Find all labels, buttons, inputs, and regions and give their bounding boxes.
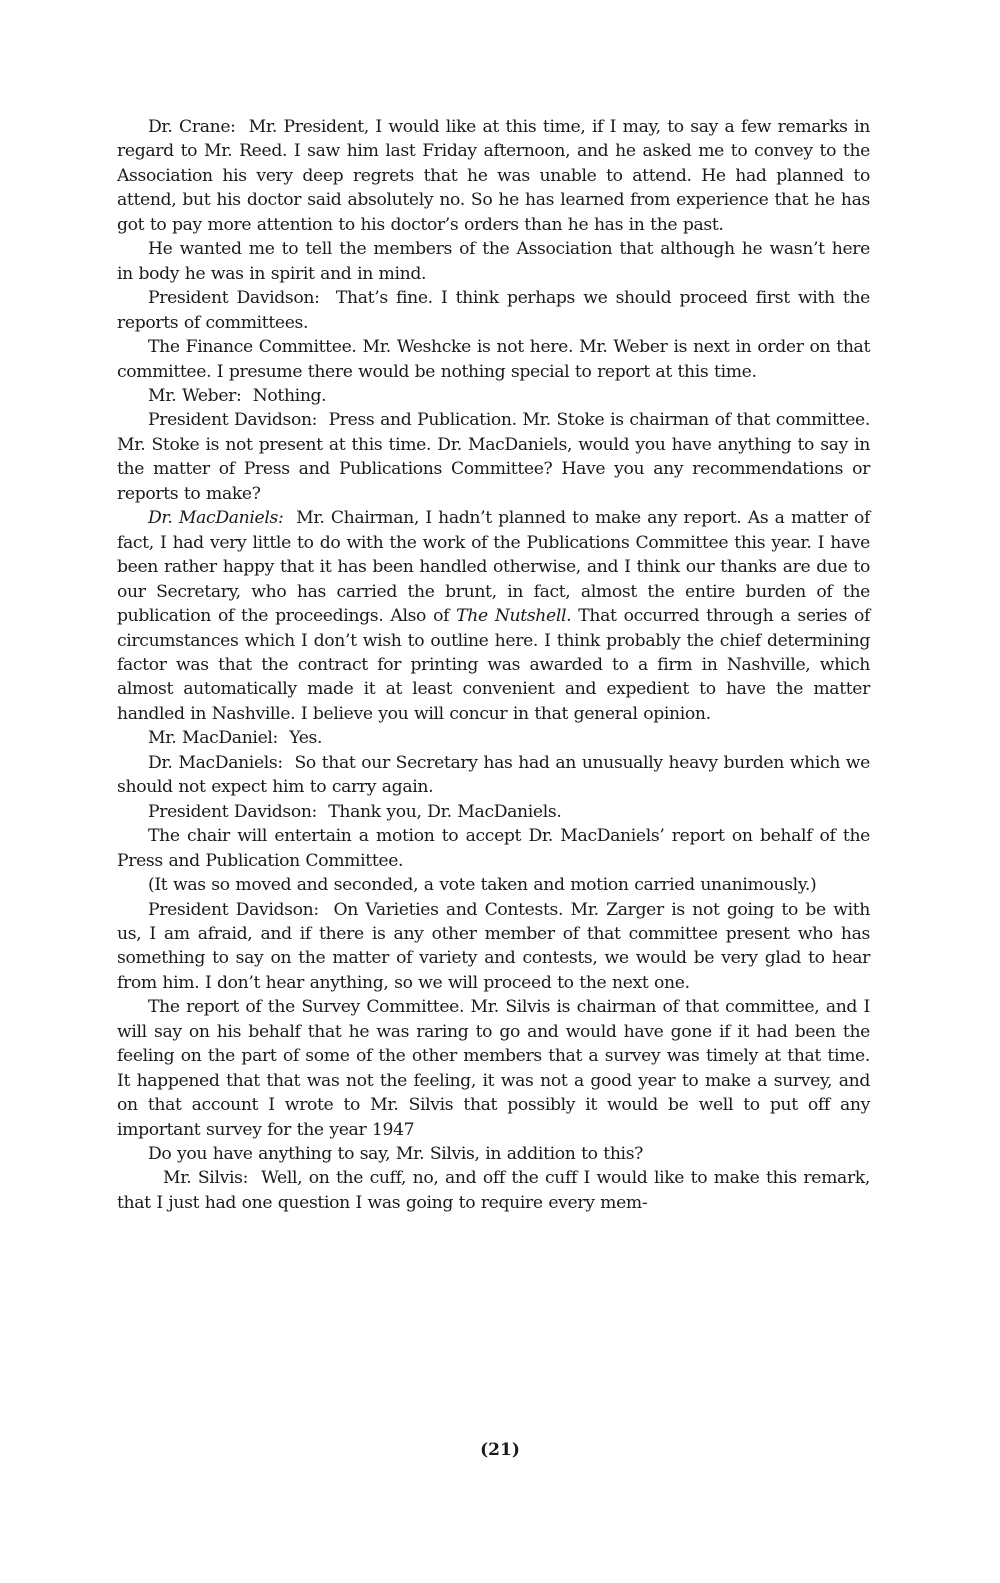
speaker-label: President Davidson:: [148, 288, 320, 308]
speaker-label: President Davidson:: [148, 900, 319, 920]
paragraph-weber-response: Mr. Weber: Nothing.: [117, 384, 870, 408]
paragraph-survey-committee: The report of the Survey Committee. Mr. …: [117, 995, 870, 1142]
paragraph-crane-remarks: Dr. Crane: Mr. President, I would like a…: [117, 115, 870, 237]
speaker-label: Mr. MacDaniel:: [148, 728, 278, 748]
speaker-label: President Davidson:: [148, 410, 317, 430]
speaker-label: Mr. Silvis:: [163, 1168, 248, 1188]
paragraph-motion-carried: (It was so moved and seconded, a vote ta…: [117, 873, 870, 897]
paragraph-text: The chair will entertain a motion to acc…: [117, 826, 870, 870]
paragraph-text: Do you have anything to say, Mr. Silvis,…: [148, 1144, 643, 1164]
paragraph-text: He wanted me to tell the members of the …: [117, 239, 870, 283]
speaker-label: Mr. Weber:: [148, 386, 241, 406]
paragraph-reed-message: He wanted me to tell the members of the …: [117, 237, 870, 286]
publication-title: The Nutshell.: [456, 606, 571, 626]
paragraph-text: Thank you, Dr. MacDaniels.: [328, 802, 561, 822]
paragraph-silvis-question: Do you have anything to say, Mr. Silvis,…: [117, 1142, 870, 1166]
paragraph-text: Yes.: [289, 728, 322, 748]
speaker-label: Dr. Crane:: [148, 117, 236, 137]
paragraph-text: (It was so moved and seconded, a vote ta…: [148, 875, 816, 895]
paragraph-davidson-thanks: President Davidson: Thank you, Dr. MacDa…: [117, 800, 870, 824]
speaker-label: Dr. MacDaniels:: [148, 753, 283, 773]
paragraph-macdaniel-yes: Mr. MacDaniel: Yes.: [117, 726, 870, 750]
document-page: Dr. Crane: Mr. President, I would like a…: [117, 115, 870, 1215]
speaker-label: Dr. MacDaniels:: [148, 508, 283, 528]
paragraph-text: Nothing.: [253, 386, 327, 406]
paragraph-chair-motion: The chair will entertain a motion to acc…: [117, 824, 870, 873]
paragraph-text: The Finance Committee. Mr. Weshcke is no…: [117, 337, 870, 381]
paragraph-macdaniels-burden: Dr. MacDaniels: So that our Secretary ha…: [117, 751, 870, 800]
paragraph-silvis-response: Mr. Silvis: Well, on the cuff, no, and o…: [117, 1166, 870, 1215]
paragraph-text: The report of the Survey Committee. Mr. …: [117, 997, 870, 1139]
paragraph-press-publication: President Davidson: Press and Publicatio…: [117, 408, 870, 506]
paragraph-macdaniels-report: Dr. MacDaniels: Mr. Chairman, I hadn’t p…: [117, 506, 870, 726]
page-number: (21): [0, 1440, 1000, 1460]
speaker-label: President Davidson:: [148, 802, 317, 822]
paragraph-varieties-contests: President Davidson: On Varieties and Con…: [117, 898, 870, 996]
paragraph-davidson-proceed: President Davidson: That’s fine. I think…: [117, 286, 870, 335]
paragraph-finance-committee: The Finance Committee. Mr. Weshcke is no…: [117, 335, 870, 384]
